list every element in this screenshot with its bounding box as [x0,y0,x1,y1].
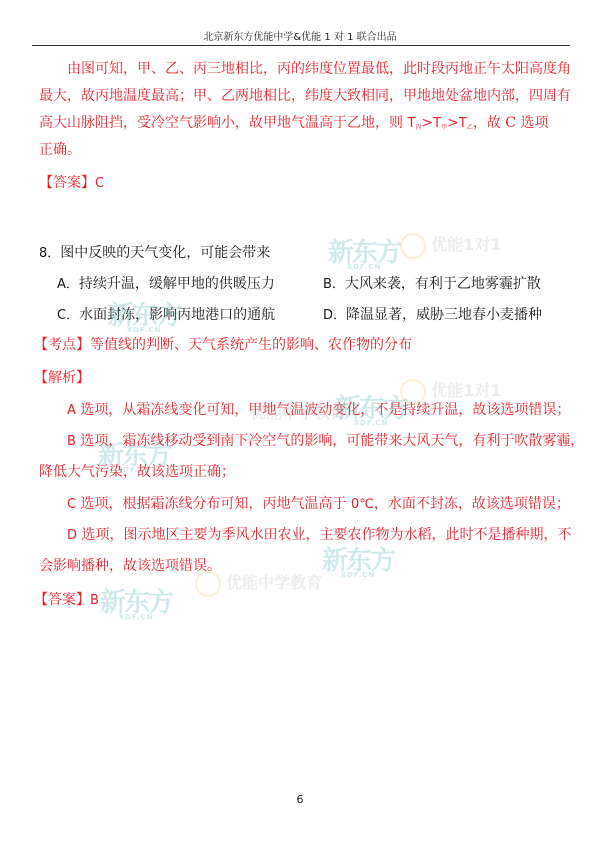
jiexi-heading: 【解析】 [34,369,90,387]
watermark-xdf-logo: 新东方XDF.CN [328,232,400,271]
watermark-youneng: 优能1对1 [400,232,501,259]
kaodian: 【考点】等值线的判断、天气系统产生的影响、农作物的分布 [34,336,412,354]
analysis-b-cont: 降低大气污染，故该选项正确； [39,463,235,481]
answer: 【答案】B [34,591,99,610]
question-stem: 8．图中反映的天气变化，可能会带来 [39,244,270,263]
explanation-line-1: 由图可知，甲、乙、丙三地相比，丙的纬度位置最低，此时段丙地正午太阳高度角 [67,60,571,78]
analysis-a: A 选项，从霜冻线变化可知，甲地气温波动变化，不是持续升温，故该选项错误； [67,401,570,420]
header-divider [32,45,570,46]
option-a: A．持续升温，缓解甲地的供暖压力 [57,273,275,293]
page-header: 北京新东方优能中学&优能 1 对 1 联合出品 [0,28,600,43]
watermark-xdf-logo: 新东方XDF.CN [100,582,172,621]
prev-answer: 【答案】C [39,174,104,193]
option-d: D．降温显著，威胁三地春小麦播种 [323,304,542,324]
analysis-d-cont: 会影响播种，故该选项错误。 [39,557,221,575]
analysis-c: C 选项，根据霜冻线分布可知，丙地气温高于 0℃，水面不封冻，故该选项错误； [67,495,570,514]
watermark-xdf-logo: 新东方XDF.CN [322,540,394,579]
option-c: C．水面封冻，影响丙地港口的通航 [57,304,275,324]
explanation-line-2: 最大，故丙地温度最高；甲、乙两地相比，纬度大致相同，甲地地处盆地内部，四周有 [39,87,571,105]
option-b: B．大风来袭，有利于乙地雾霾扩散 [323,273,541,293]
youneng-logo-icon [400,233,426,259]
explanation-line-4: 正确。 [39,141,81,159]
analysis-b: B 选项，霜冻线移动受到南下冷空气的影响，可能带来大风天气，有利于吹散雾霾， [67,432,584,451]
page-number: 6 [0,793,600,806]
analysis-d: D 选项，图示地区主要为季风水田农业，主要农作物为水稻，此时不是播种期，不 [67,526,571,545]
explanation-line-3: 高大山脉阻挡，受冷空气影响小，故甲地气温高于乙地，则 T丙>T甲>T乙，故 C … [39,114,548,137]
